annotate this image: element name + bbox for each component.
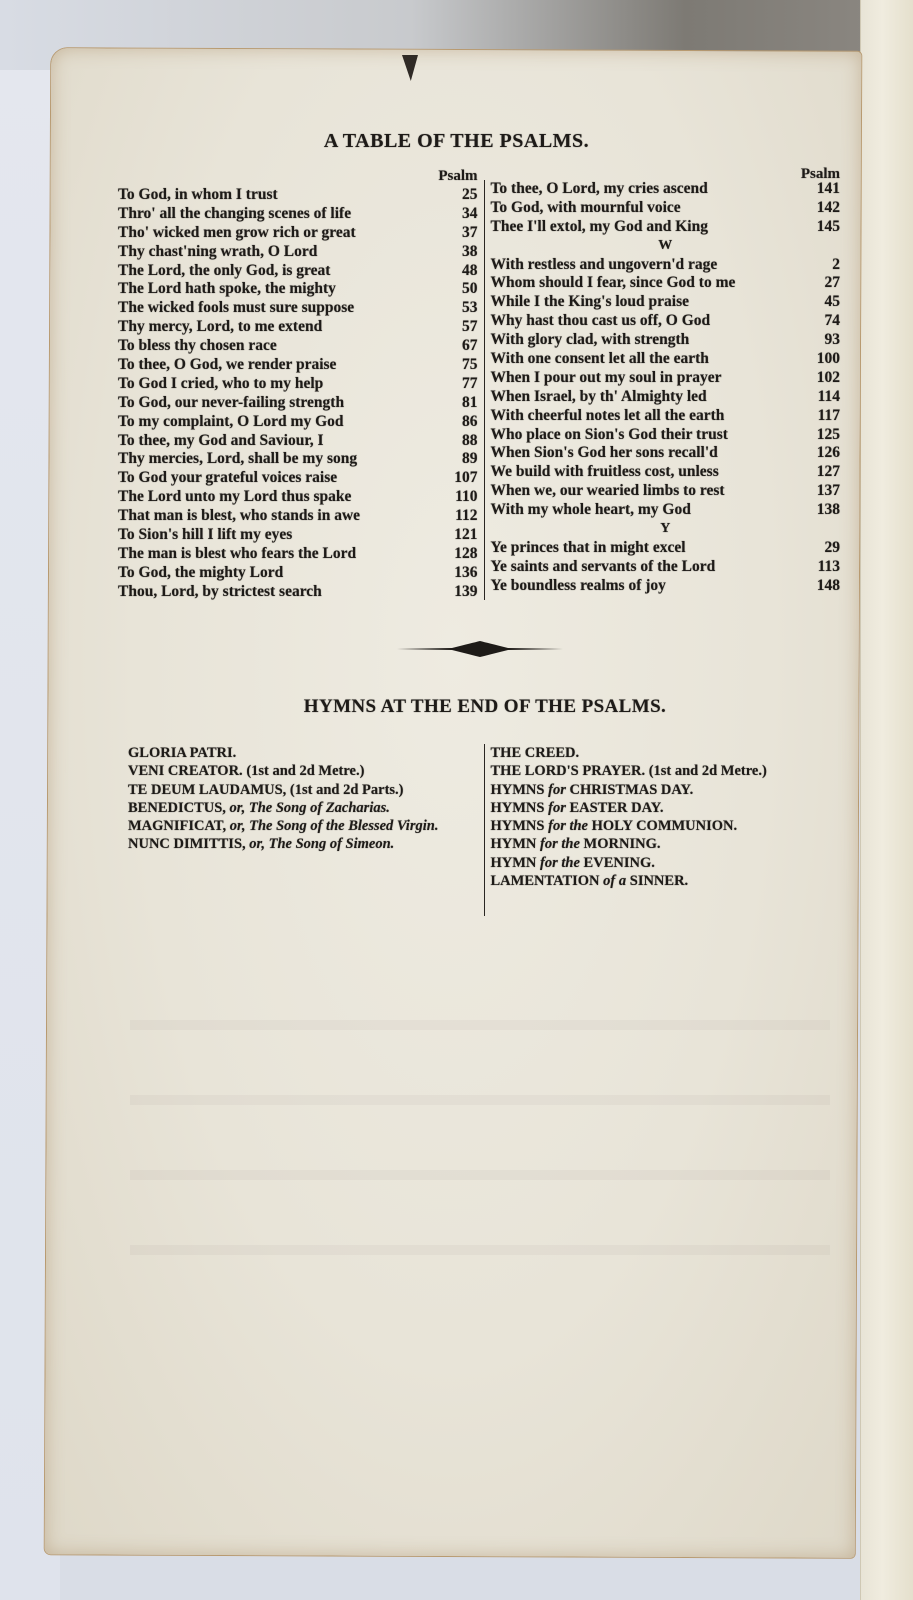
psalm-first-line: When Israel, by th' Almighty led (491, 388, 707, 407)
psalm-table-right-column: Psalm To thee, O Lord, my cries ascend14… (484, 180, 841, 600)
psalm-entry: When I pour out my soul in prayer102 (491, 369, 841, 388)
psalm-entry: Thy mercies, Lord, shall be my song89 (118, 450, 478, 469)
psalm-number: 27 (810, 274, 840, 293)
hymn-entry: HYMNS for EASTER DAY. (491, 799, 841, 817)
psalm-number: 86 (448, 413, 478, 432)
section-letter-w: W (491, 237, 841, 256)
psalm-number: 145 (810, 218, 840, 237)
show-through-text (130, 1020, 830, 1030)
hymn-title-italic: for the (540, 855, 580, 871)
psalm-number: 121 (448, 526, 478, 545)
psalm-first-line: Ye princes that in might excel (491, 539, 686, 558)
psalm-first-line: That man is blest, who stands in awe (118, 507, 360, 526)
hymn-entry: TE DEUM LAUDAMUS, (1st and 2d Parts.) (128, 781, 476, 799)
psalm-entry: To God, the mighty Lord136 (118, 564, 478, 583)
hymn-title-post: EASTER DAY. (566, 800, 664, 816)
hymn-title-pre: HYMNS (491, 782, 549, 798)
psalm-first-line: Thee I'll extol, my God and King (491, 218, 708, 237)
psalm-first-line: To bless thy chosen race (118, 337, 277, 356)
psalm-first-line: To God your grateful voices raise (118, 469, 337, 488)
psalm-entry: The Lord hath spoke, the mighty50 (118, 280, 478, 299)
psalm-entry: To God I cried, who to my help77 (118, 375, 478, 394)
psalm-entry: When Israel, by th' Almighty led114 (491, 388, 841, 407)
hymn-entry: NUNC DIMITTIS, or, The Song of Simeon. (128, 835, 476, 853)
hymn-title-main: NUNC DIMITTIS, (128, 836, 246, 852)
psalm-number: 89 (448, 450, 478, 469)
hymn-title-pre: HYMN (491, 855, 541, 871)
hymn-title-pre: HYMN (491, 836, 541, 852)
psalm-entry: To bless thy chosen race67 (118, 337, 478, 356)
psalm-entry: When we, our wearied limbs to rest137 (491, 482, 841, 501)
hymn-title-post: CHRISTMAS DAY. (566, 782, 693, 798)
psalm-first-line: Thy chast'ning wrath, O Lord (118, 243, 317, 262)
psalm-number: 45 (810, 293, 840, 312)
psalm-first-line: To God, the mighty Lord (118, 564, 283, 583)
psalm-entry: Ye saints and servants of the Lord113 (491, 558, 841, 577)
psalm-entry: With my whole heart, my God138 (491, 501, 841, 520)
psalm-number: 81 (448, 394, 478, 413)
psalm-number: 138 (810, 501, 840, 520)
psalm-entry: The Lord, the only God, is great48 (118, 262, 478, 281)
psalm-list-left: To God, in whom I trust25Thro' all the c… (118, 186, 478, 602)
psalm-first-line: The man is blest who fears the Lord (118, 545, 356, 564)
psalm-number: 2 (810, 256, 840, 275)
hymn-title-main: VENI CREATOR. (128, 763, 243, 779)
psalm-first-line: When we, our wearied limbs to rest (491, 482, 725, 501)
hymn-title-main: MAGNIFICAT, (128, 818, 226, 834)
psalm-number: 136 (448, 564, 478, 583)
psalm-first-line: With restless and ungovern'd rage (491, 256, 718, 275)
psalm-number: 142 (810, 199, 840, 218)
psalm-number: 110 (448, 488, 478, 507)
psalm-entry: The Lord unto my Lord thus spake110 (118, 488, 478, 507)
psalm-first-line: Thy mercies, Lord, shall be my song (118, 450, 357, 469)
hymn-title-italic: for (548, 800, 566, 816)
psalm-first-line: To my complaint, O Lord my God (118, 413, 344, 432)
psalm-number: 57 (448, 318, 478, 337)
hymn-title-post: HOLY COMMUNION. (588, 818, 737, 834)
psalm-entry: Thro' all the changing scenes of life34 (118, 205, 478, 224)
psalm-entry: Whom should I fear, since God to me27 (491, 274, 841, 293)
psalm-number: 75 (448, 356, 478, 375)
psalm-number: 77 (448, 375, 478, 394)
hymn-title-italic: or, The Song of the Blessed Virgin. (226, 818, 438, 834)
psalm-first-line: Who place on Sion's God their trust (491, 426, 728, 445)
hymn-title-pre: THE CREED. (491, 745, 580, 761)
psalm-number: 126 (810, 444, 840, 463)
hymn-entry: HYMNS for the HOLY COMMUNION. (491, 817, 841, 835)
psalm-entry: With cheerful notes let all the earth117 (491, 407, 841, 426)
psalm-number: 125 (810, 426, 840, 445)
hymn-entry: BENEDICTUS, or, The Song of Zacharias. (128, 799, 476, 817)
psalm-first-line: Ye saints and servants of the Lord (491, 558, 716, 577)
psalm-entry: To my complaint, O Lord my God86 (118, 413, 478, 432)
psalm-entry: To God your grateful voices raise107 (118, 469, 478, 488)
adjacent-page-edge (860, 0, 913, 1600)
psalm-number: 93 (810, 331, 840, 350)
hymn-title-main: GLORIA PATRI. (128, 745, 236, 761)
psalm-first-line: With glory clad, with strength (491, 331, 690, 350)
psalm-entry: With one consent let all the earth100 (491, 350, 841, 369)
psalm-entry: The wicked fools must sure suppose53 (118, 299, 478, 318)
show-through-text (130, 1095, 830, 1105)
psalm-entry: With restless and ungovern'd rage2 (491, 256, 841, 275)
psalm-list-t: To thee, O Lord, my cries ascend141To Go… (491, 180, 841, 237)
psalm-number: 128 (448, 545, 478, 564)
psalm-entry: Thy mercy, Lord, to me extend57 (118, 318, 478, 337)
psalm-entry: To God, with mournful voice142 (491, 199, 841, 218)
psalm-number: 29 (810, 539, 840, 558)
psalm-entry: Why hast thou cast us off, O God74 (491, 312, 841, 331)
psalm-number: 38 (448, 243, 478, 262)
psalm-column-header: Psalm (118, 166, 478, 186)
psalm-first-line: Whom should I fear, since God to me (491, 274, 736, 293)
psalm-list-w: With restless and ungovern'd rage2Whom s… (491, 256, 841, 520)
psalm-first-line: When Sion's God her sons recall'd (491, 444, 718, 463)
psalm-first-line: With cheerful notes let all the earth (491, 407, 725, 426)
hymn-entry: HYMN for the MORNING. (491, 835, 841, 853)
psalm-entry: Thy chast'ning wrath, O Lord38 (118, 243, 478, 262)
hymn-title-pre: HYMNS (491, 818, 549, 834)
ornamental-divider-icon (397, 641, 563, 657)
psalm-table-left-column: Psalm To God, in whom I trust25Thro' all… (118, 166, 484, 600)
psalm-number: 139 (448, 583, 478, 602)
hymns-left-column: GLORIA PATRI.VENI CREATOR. (1st and 2d M… (128, 744, 484, 916)
psalm-first-line: To God, with mournful voice (491, 199, 681, 218)
psalm-first-line: The wicked fools must sure suppose (118, 299, 354, 318)
psalm-first-line: To Sion's hill I lift my eyes (118, 526, 292, 545)
hymn-title-post: MORNING. (580, 836, 661, 852)
psalm-entry: That man is blest, who stands in awe112 (118, 507, 478, 526)
psalm-first-line: Thro' all the changing scenes of life (118, 205, 351, 224)
psalm-number: 34 (448, 205, 478, 224)
psalm-number: 53 (448, 299, 478, 318)
psalm-first-line: Thou, Lord, by strictest search (118, 583, 322, 602)
psalm-entry: Who place on Sion's God their trust125 (491, 426, 841, 445)
psalm-number: 102 (810, 369, 840, 388)
hymn-title-main: TE DEUM LAUDAMUS, (128, 782, 286, 798)
psalm-first-line: Thy mercy, Lord, to me extend (118, 318, 322, 337)
psalm-entry: To God, in whom I trust25 (118, 186, 478, 205)
psalm-entry: To thee, O God, we render praise75 (118, 356, 478, 375)
show-through-text (130, 1245, 830, 1255)
psalm-first-line: Why hast thou cast us off, O God (491, 312, 711, 331)
hymns-right-column: THE CREED.THE LORD'S PRAYER. (1st and 2d… (484, 744, 841, 916)
psalm-first-line: Ye boundless realms of joy (491, 577, 666, 596)
psalm-list-y: Ye princes that in might excel29Ye saint… (491, 539, 841, 596)
psalm-first-line: To thee, my God and Saviour, I (118, 432, 324, 451)
hymn-title-italic: for the (548, 818, 588, 834)
psalm-entry: To God, our never-failing strength81 (118, 394, 478, 413)
psalm-entry: The man is blest who fears the Lord128 (118, 545, 478, 564)
psalm-number: 112 (448, 507, 478, 526)
psalm-first-line: The Lord, the only God, is great (118, 262, 330, 281)
psalm-number: 37 (448, 224, 478, 243)
psalm-entry: With glory clad, with strength93 (491, 331, 841, 350)
hymn-title-pre: THE LORD'S PRAYER. (1st and 2d Metre.) (491, 763, 767, 779)
psalm-first-line: With one consent let all the earth (491, 350, 709, 369)
psalm-first-line: Tho' wicked men grow rich or great (118, 224, 356, 243)
psalm-entry: Thou, Lord, by strictest search139 (118, 583, 478, 602)
psalm-entry: When Sion's God her sons recall'd126 (491, 444, 841, 463)
hymn-entry: HYMN for the EVENING. (491, 854, 841, 872)
psalm-number: 25 (448, 186, 478, 205)
hymn-entry: HYMNS for CHRISTMAS DAY. (491, 781, 841, 799)
hymn-entry: LAMENTATION of a SINNER. (491, 872, 841, 890)
hymn-title-italic: of a (603, 873, 626, 889)
hymn-title-italic: for (548, 782, 566, 798)
psalm-first-line: With my whole heart, my God (491, 501, 691, 520)
psalm-first-line: To thee, O God, we render praise (118, 356, 336, 375)
psalm-first-line: To God, in whom I trust (118, 186, 278, 205)
hymns-list: GLORIA PATRI.VENI CREATOR. (1st and 2d M… (128, 744, 840, 916)
psalm-first-line: The Lord hath spoke, the mighty (118, 280, 336, 299)
hymn-title-italic: or, The Song of Simeon. (246, 836, 395, 852)
psalm-number: 88 (448, 432, 478, 451)
psalm-number: 113 (810, 558, 840, 577)
psalm-number: 74 (810, 312, 840, 331)
psalm-table: Psalm To God, in whom I trust25Thro' all… (118, 166, 840, 600)
psalm-entry: To thee, my God and Saviour, I88 (118, 432, 478, 451)
hymn-title-pre: LAMENTATION (491, 873, 604, 889)
psalm-entry: Thee I'll extol, my God and King145 (491, 218, 841, 237)
psalm-number: 107 (448, 469, 478, 488)
psalm-number: 50 (448, 280, 478, 299)
psalm-number: 48 (448, 262, 478, 281)
hymn-title-italic: for the (540, 836, 580, 852)
psalm-first-line: While I the King's loud praise (491, 293, 690, 312)
psalm-first-line: When I pour out my soul in prayer (491, 369, 722, 388)
show-through-text (130, 1170, 830, 1180)
hymn-entry: GLORIA PATRI. (128, 744, 476, 762)
psalm-number: 100 (810, 350, 840, 369)
psalm-entry: Tho' wicked men grow rich or great37 (118, 224, 478, 243)
hymn-entry: THE CREED. (491, 744, 841, 762)
psalm-number: 148 (810, 577, 840, 596)
psalm-number: 117 (810, 407, 840, 426)
hymn-entry: VENI CREATOR. (1st and 2d Metre.) (128, 762, 476, 780)
hymn-title-pre: HYMNS (491, 800, 549, 816)
section-letter-y: Y (491, 520, 841, 539)
psalm-number: 114 (810, 388, 840, 407)
psalm-entry: While I the King's loud praise45 (491, 293, 841, 312)
psalm-entry: Ye princes that in might excel29 (491, 539, 841, 558)
psalm-entry: Ye boundless realms of joy148 (491, 577, 841, 596)
psalm-column-header: Psalm (801, 164, 840, 184)
psalm-first-line: To God, our never-failing strength (118, 394, 344, 413)
psalm-entry: To thee, O Lord, my cries ascend141 (491, 180, 841, 199)
psalm-entry: We build with fruitless cost, unless127 (491, 463, 841, 482)
psalm-number: 137 (810, 482, 840, 501)
hymn-title-rest: (1st and 2d Parts.) (286, 782, 403, 798)
hymn-title-post: SINNER. (626, 873, 688, 889)
psalm-first-line: We build with fruitless cost, unless (491, 463, 719, 482)
psalm-table-title: A TABLE OF THE PSALMS. (0, 130, 913, 153)
psalm-first-line: The Lord unto my Lord thus spake (118, 488, 351, 507)
hymn-entry: THE LORD'S PRAYER. (1st and 2d Metre.) (491, 762, 841, 780)
hymn-title-main: BENEDICTUS, (128, 800, 226, 816)
psalm-entry: To Sion's hill I lift my eyes121 (118, 526, 478, 545)
hymn-title-rest: (1st and 2d Metre.) (243, 763, 365, 779)
psalm-number: 127 (810, 463, 840, 482)
hymn-entry: MAGNIFICAT, or, The Song of the Blessed … (128, 817, 476, 835)
psalm-first-line: To thee, O Lord, my cries ascend (491, 180, 708, 199)
hymns-title: HYMNS AT THE END OF THE PSALMS. (0, 696, 913, 718)
psalm-first-line: To God I cried, who to my help (118, 375, 323, 394)
psalm-number: 67 (448, 337, 478, 356)
hymn-title-italic: or, The Song of Zacharias. (226, 800, 390, 816)
hymn-title-post: EVENING. (580, 855, 655, 871)
